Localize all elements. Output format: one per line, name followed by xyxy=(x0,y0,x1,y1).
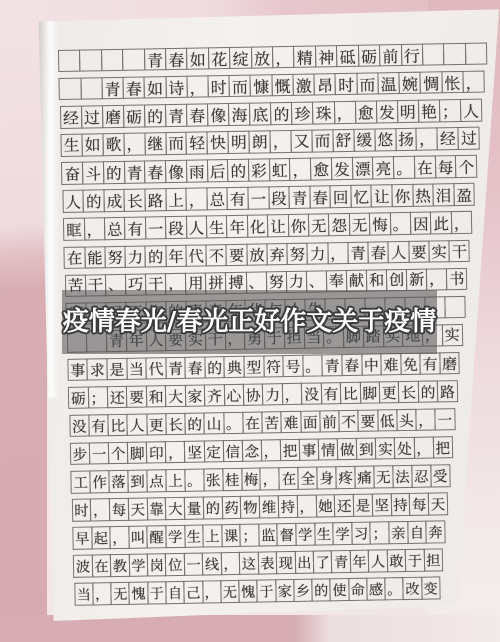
char-cell: 而 xyxy=(229,75,252,98)
char-cell: 代 xyxy=(146,357,167,380)
char-cell: 能 xyxy=(84,246,106,269)
char-cell: 学 xyxy=(295,523,315,546)
char-cell: 的 xyxy=(144,104,166,127)
char-cell: 前 xyxy=(379,44,402,67)
char-cell: 型 xyxy=(243,355,264,378)
char-cell: 神 xyxy=(315,45,338,68)
essay-row: 在能努力的年代不要放弃努力，青春人要实干 xyxy=(64,239,470,268)
char-cell: 人 xyxy=(127,414,148,437)
char-cell: ， xyxy=(186,75,209,98)
char-cell: 没 xyxy=(69,415,90,438)
char-cell: 路 xyxy=(437,380,458,403)
char-cell: 新 xyxy=(406,268,427,291)
char-cell: 工 xyxy=(71,471,91,494)
char-cell: 求 xyxy=(87,358,108,381)
char-cell: 和 xyxy=(366,269,387,292)
char-cell: 监 xyxy=(258,524,278,547)
char-cell: 物 xyxy=(240,496,260,519)
char-cell: 年 xyxy=(226,215,248,238)
char-cell: 实 xyxy=(375,437,395,460)
char-cell: 有 xyxy=(124,217,146,240)
char-cell: 比 xyxy=(107,414,128,437)
char-cell: 没 xyxy=(301,382,322,405)
char-cell: 婉 xyxy=(399,72,422,95)
char-cell: 努 xyxy=(104,245,126,268)
char-cell: 明 xyxy=(397,100,419,123)
char-cell: 生 xyxy=(314,523,334,546)
char-cell: 实 xyxy=(442,324,463,347)
essay-row: 当，无愧于自己，无愧于家乡的使命感。改变 xyxy=(74,577,441,606)
char-cell: 惆 xyxy=(420,71,443,94)
char-cell: 无 xyxy=(220,580,240,603)
char-cell: 因 xyxy=(410,212,432,235)
char-cell: ， xyxy=(221,552,241,575)
char-cell: 愧 xyxy=(129,582,149,605)
char-cell: 于 xyxy=(405,549,425,572)
char-cell: 印 xyxy=(146,441,166,464)
char-cell: 缓 xyxy=(353,129,375,152)
char-cell: 个 xyxy=(108,442,128,465)
char-cell: 学 xyxy=(333,522,353,545)
char-cell: 前 xyxy=(319,410,340,433)
essay-row: 生如歌，继而轻快明朗，又而舒缓悠扬，经过 xyxy=(61,127,480,157)
char-cell: 诗 xyxy=(165,76,188,99)
char-cell: 放 xyxy=(251,46,274,69)
char-cell: 量 xyxy=(184,497,204,520)
char-cell: ， xyxy=(415,408,436,431)
char-cell: 放 xyxy=(246,243,268,266)
char-cell: 青 xyxy=(289,186,311,209)
char-cell xyxy=(465,43,488,66)
char-cell: 段 xyxy=(165,216,187,239)
char-cell: 春 xyxy=(165,48,188,71)
char-cell: 路 xyxy=(144,189,166,212)
char-cell: 。 xyxy=(393,156,415,179)
char-cell: 上 xyxy=(165,469,185,492)
char-cell: 昂 xyxy=(314,73,337,96)
char-cell: 磨 xyxy=(439,352,460,375)
char-cell: 疼 xyxy=(335,466,355,489)
char-cell: 无 xyxy=(110,582,130,605)
char-cell: 靠 xyxy=(146,497,166,520)
char-cell: 课 xyxy=(221,524,241,547)
char-cell: 绽 xyxy=(229,47,252,70)
char-cell: 自 xyxy=(407,521,427,544)
char-cell: 时 xyxy=(207,75,230,98)
char-cell: 长 xyxy=(398,381,419,404)
char-cell: 的 xyxy=(145,245,167,268)
char-cell: 人 xyxy=(62,190,84,213)
char-cell: 比 xyxy=(340,382,361,405)
char-cell: 激 xyxy=(292,74,315,97)
char-cell: ， xyxy=(123,133,145,156)
char-cell: ， xyxy=(289,158,311,181)
char-cell: 事 xyxy=(67,358,88,381)
char-cell: 一 xyxy=(435,408,456,431)
char-cell: 海 xyxy=(228,103,250,126)
char-cell: ， xyxy=(413,437,433,460)
char-cell: ， xyxy=(333,101,355,124)
char-cell: 亮 xyxy=(372,156,394,179)
char-cell: 生 xyxy=(61,134,83,157)
char-cell: 而 xyxy=(356,72,379,95)
char-cell: 的 xyxy=(270,102,292,125)
char-cell: 热 xyxy=(412,184,434,207)
char-cell: 天 xyxy=(128,498,148,521)
char-cell: 符 xyxy=(263,355,284,378)
char-cell: 大 xyxy=(165,385,186,408)
char-cell: 家 xyxy=(185,384,206,407)
char-cell: ， xyxy=(272,46,295,69)
char-cell: 不 xyxy=(206,244,228,267)
essay-row: 人的成长路上，总有一段青春回忆让你热泪盈 xyxy=(62,183,475,213)
char-cell: 法 xyxy=(392,465,412,488)
char-cell: 还 xyxy=(334,494,354,517)
char-cell: 命 xyxy=(348,578,368,601)
essay-row: 没有比人更长的山。在苦难面前不要低头，一 xyxy=(69,408,455,437)
char-cell: 弃 xyxy=(266,243,288,266)
char-cell xyxy=(101,49,124,72)
char-cell: 生 xyxy=(206,216,228,239)
essay-row: 眶，总有一段人生年化让你无怨无悔。因此， xyxy=(63,211,473,241)
char-cell: 自 xyxy=(165,581,185,604)
char-cell: 干 xyxy=(449,239,471,262)
char-cell: 号 xyxy=(283,355,304,378)
char-cell: 这 xyxy=(239,552,259,575)
char-cell: 人 xyxy=(368,550,388,573)
char-cell: 磨 xyxy=(102,105,124,128)
char-cell: 脚 xyxy=(359,381,380,404)
char-cell: ， xyxy=(92,583,112,606)
char-cell: 年 xyxy=(350,550,370,573)
char-cell: 情 xyxy=(318,438,338,461)
char-cell: 个 xyxy=(455,155,477,178)
char-cell: 落 xyxy=(108,470,128,493)
char-cell: ； xyxy=(87,386,108,409)
char-cell: 于 xyxy=(147,582,167,605)
char-cell: 脚 xyxy=(127,442,147,465)
char-cell: 作 xyxy=(90,470,110,493)
char-cell: 泪 xyxy=(433,183,455,206)
char-cell: ， xyxy=(261,439,281,462)
char-cell: 青 xyxy=(347,241,369,264)
char-cell: 上 xyxy=(202,525,222,548)
char-cell: 到 xyxy=(127,470,147,493)
char-cell: 扬 xyxy=(395,128,417,151)
char-cell: 快 xyxy=(207,131,229,154)
char-cell: 早 xyxy=(72,527,92,550)
char-cell: 中 xyxy=(361,353,382,376)
char-cell: 眶 xyxy=(63,218,85,241)
char-cell: 在 xyxy=(279,467,299,490)
char-cell: 青 xyxy=(331,550,351,573)
char-cell: 有 xyxy=(227,187,249,210)
char-cell: 奉 xyxy=(326,270,347,293)
char-cell: 一 xyxy=(247,187,269,210)
char-cell: ； xyxy=(439,99,461,122)
char-cell: ， xyxy=(426,268,447,291)
essay-row: 步一个脚印，坚定信念，把事情做到实处，把 xyxy=(70,436,453,465)
char-cell: ， xyxy=(270,130,292,153)
char-cell: 过 xyxy=(458,127,480,150)
char-cell: 继 xyxy=(144,132,166,155)
char-cell: 力 xyxy=(125,245,147,268)
char-cell: 献 xyxy=(346,269,367,292)
char-cell: ， xyxy=(416,128,438,151)
char-cell xyxy=(444,296,465,319)
char-cell: 努 xyxy=(287,242,309,265)
char-cell: 青 xyxy=(144,48,167,71)
char-cell: 砺 xyxy=(358,44,381,67)
char-cell: 人 xyxy=(388,240,410,263)
char-cell: 更 xyxy=(146,413,167,436)
char-cell: 经 xyxy=(437,127,459,150)
char-cell: 雨 xyxy=(186,160,208,183)
char-cell: 和 xyxy=(146,385,167,408)
char-cell: 难 xyxy=(380,353,401,376)
char-cell: 在 xyxy=(242,412,263,435)
char-cell: ， xyxy=(109,526,129,549)
char-cell: 张 xyxy=(203,468,223,491)
char-cell: 到 xyxy=(356,438,376,461)
char-cell: 慨 xyxy=(271,74,294,97)
char-cell: 无 xyxy=(349,213,371,236)
char-cell: 有 xyxy=(88,414,109,437)
char-cell xyxy=(79,49,102,72)
char-cell: 于 xyxy=(257,580,277,603)
char-cell: 督 xyxy=(277,523,297,546)
char-cell: 改 xyxy=(403,577,423,600)
char-cell: ， xyxy=(202,581,222,604)
watermark-title-band: 疫情春光/春光正好作文关于疫情 xyxy=(62,290,437,354)
char-cell: 精 xyxy=(293,45,316,68)
essay-row: 青春如诗，时而慷慨激昂时而温婉惆怅， xyxy=(59,71,485,101)
char-cell: 一 xyxy=(184,553,204,576)
char-cell: ， xyxy=(297,495,317,518)
char-cell: 每 xyxy=(409,493,429,516)
char-cell: 珠 xyxy=(312,101,334,124)
char-cell: 岗 xyxy=(147,554,167,577)
char-cell xyxy=(422,43,445,66)
char-cell: 而 xyxy=(311,129,333,152)
char-cell: 学 xyxy=(128,554,148,577)
char-cell: ， xyxy=(83,218,105,241)
char-cell: 的 xyxy=(418,380,439,403)
char-cell: 事 xyxy=(299,439,319,462)
photo-of-handwritten-essay: 青春如花绽放，精神砥砺前行青春如诗，时而慷慨激昂时而温婉惆怅，经过磨砺的青春像海… xyxy=(0,0,500,642)
char-cell: 家 xyxy=(275,579,295,602)
char-cell: 虹 xyxy=(269,158,291,181)
char-cell: ； xyxy=(240,524,260,547)
char-cell: 位 xyxy=(165,553,185,576)
essay-row: 经过磨砺的青春像海底的珍珠，愈发明艳；人 xyxy=(60,99,483,129)
char-cell: 经 xyxy=(60,106,82,129)
char-cell: 。 xyxy=(384,578,404,601)
char-cell: 像 xyxy=(165,160,187,183)
char-cell: 漂 xyxy=(352,157,374,180)
char-cell: 花 xyxy=(208,47,231,70)
char-cell: 上 xyxy=(165,188,187,211)
char-cell: 变 xyxy=(421,577,441,600)
char-cell: ； xyxy=(370,522,390,545)
char-cell: 受 xyxy=(430,464,450,487)
char-cell: 轻 xyxy=(186,132,208,155)
char-cell: 把 xyxy=(280,439,300,462)
char-cell: 你 xyxy=(391,184,413,207)
char-cell: ， xyxy=(282,383,303,406)
char-cell: 春 xyxy=(341,354,362,377)
char-cell: 身 xyxy=(317,466,337,489)
char-cell: 一 xyxy=(89,442,109,465)
char-cell: 回 xyxy=(330,185,352,208)
char-cell: 信 xyxy=(222,440,242,463)
char-cell: 定 xyxy=(203,440,223,463)
char-cell: 底 xyxy=(249,102,271,125)
char-cell: 更 xyxy=(379,381,400,404)
char-cell: 。 xyxy=(223,412,244,435)
background-pink-left-strip xyxy=(0,0,47,642)
char-cell: 奔 xyxy=(425,521,445,544)
char-cell: 要 xyxy=(226,243,248,266)
char-cell: 在 xyxy=(414,156,436,179)
char-cell: 发 xyxy=(331,157,353,180)
char-cell: 。 xyxy=(184,469,204,492)
char-cell: 做 xyxy=(337,438,357,461)
char-cell: 的 xyxy=(83,190,105,213)
char-cell: 年 xyxy=(165,244,187,267)
char-cell: 忍 xyxy=(411,465,431,488)
char-cell: 忆 xyxy=(350,185,372,208)
char-cell: 山 xyxy=(204,412,225,435)
char-cell: 己 xyxy=(184,581,204,604)
char-cell: 时 xyxy=(71,499,91,522)
essay-row: 奋斗的青春像雨后的彩虹，愈发漂亮。在每个 xyxy=(61,155,477,185)
char-cell: 要 xyxy=(358,409,379,432)
char-cell: 乡 xyxy=(293,579,313,602)
char-cell: 亲 xyxy=(388,521,408,544)
char-cell: 春 xyxy=(144,160,166,183)
char-cell: 代 xyxy=(185,244,207,267)
char-cell: 段 xyxy=(268,186,290,209)
char-cell: 当 xyxy=(126,357,147,380)
char-cell: 砺 xyxy=(123,105,145,128)
char-cell: 的 xyxy=(311,579,331,602)
char-cell: 感 xyxy=(366,578,386,601)
char-cell: 实 xyxy=(428,240,450,263)
watermark-title: 疫情春光/春光正好作文关于疫情 xyxy=(62,307,437,338)
char-cell: 要 xyxy=(408,240,430,263)
char-cell: 总 xyxy=(206,187,228,210)
char-cell xyxy=(58,50,81,73)
char-cell: 头 xyxy=(396,409,417,432)
char-cell: ， xyxy=(260,467,280,490)
char-cell: 出 xyxy=(294,551,314,574)
char-cell: 长 xyxy=(165,413,186,436)
char-cell: 是 xyxy=(353,494,373,517)
char-cell: 。 xyxy=(389,212,411,235)
char-cell: 长 xyxy=(124,189,146,212)
char-cell: 舒 xyxy=(332,129,354,152)
char-cell: 把 xyxy=(432,436,452,459)
char-cell: 低 xyxy=(377,409,398,432)
essay-row: 砺；还要和大家齐心协力，没有比脚更长的路 xyxy=(68,380,458,409)
char-cell: 一 xyxy=(145,217,167,240)
char-cell: 成 xyxy=(103,189,125,212)
char-cell: 苦 xyxy=(261,411,282,434)
char-cell: 。 xyxy=(302,354,323,377)
char-cell: 青 xyxy=(101,77,124,100)
char-cell: 悠 xyxy=(374,128,396,151)
char-cell: 坚 xyxy=(372,493,392,516)
char-cell: 每 xyxy=(435,155,457,178)
essay-row: 时，每天靠大量的药物维持，她还是坚持每天 xyxy=(71,493,448,522)
char-cell: 愧 xyxy=(238,580,258,603)
char-cell: 坚 xyxy=(184,441,204,464)
char-cell: 大 xyxy=(165,497,185,520)
char-cell: 是 xyxy=(106,358,127,381)
char-cell: 波 xyxy=(73,555,93,578)
char-cell: 要 xyxy=(126,385,147,408)
char-cell: 的 xyxy=(204,356,225,379)
char-cell: ， xyxy=(90,498,110,521)
char-cell: 每 xyxy=(109,498,129,521)
char-cell: 而 xyxy=(165,132,187,155)
char-cell: 化 xyxy=(247,215,269,238)
char-cell: 春 xyxy=(185,356,206,379)
char-cell: 在 xyxy=(64,246,86,269)
char-cell: 心 xyxy=(223,384,244,407)
char-cell: 青 xyxy=(124,161,146,184)
char-cell: 在 xyxy=(92,555,112,578)
char-cell: 像 xyxy=(207,103,229,126)
char-cell: 愈 xyxy=(354,101,376,124)
essay-row: 青春如花绽放，精神砥砺前行 xyxy=(58,43,487,73)
char-cell: 力 xyxy=(307,242,329,265)
char-cell: 步 xyxy=(70,443,90,466)
char-cell: 了 xyxy=(313,551,333,574)
char-cell: 教 xyxy=(110,554,130,577)
char-cell: ， xyxy=(186,188,208,211)
char-cell: 敢 xyxy=(387,549,407,572)
char-cell: ， xyxy=(451,211,473,234)
char-cell: 点 xyxy=(146,469,166,492)
char-cell: 砥 xyxy=(336,45,359,68)
char-cell: 青 xyxy=(322,354,343,377)
char-cell: 行 xyxy=(400,44,423,67)
char-cell: 药 xyxy=(222,496,242,519)
char-cell: 艳 xyxy=(418,100,440,123)
char-cell xyxy=(443,43,466,66)
char-cell: 的 xyxy=(227,159,249,182)
char-cell: 线 xyxy=(202,553,222,576)
char-cell: 免 xyxy=(400,353,421,376)
essay-row: 早起，叫醒学生上课；监督学生学习；亲自奔 xyxy=(72,521,445,550)
char-cell: 春 xyxy=(123,77,146,100)
char-cell: 斗 xyxy=(82,162,104,185)
char-cell: 春 xyxy=(186,104,208,127)
char-cell: 处 xyxy=(394,437,414,460)
char-cell: 温 xyxy=(377,72,400,95)
char-cell: 奋 xyxy=(61,162,83,185)
essay-row: 工作落到点上。张桂梅，在全身疼痛无法忍受 xyxy=(71,464,451,493)
char-cell: 起 xyxy=(91,526,111,549)
char-cell: 青 xyxy=(165,357,186,380)
essay-row: 波在教学岗位一线，这表现出了青年人敢于担 xyxy=(73,549,443,578)
char-cell: 她 xyxy=(315,494,335,517)
char-cell: 如 xyxy=(186,47,209,70)
char-cell xyxy=(122,48,145,71)
char-cell: 学 xyxy=(165,525,185,548)
